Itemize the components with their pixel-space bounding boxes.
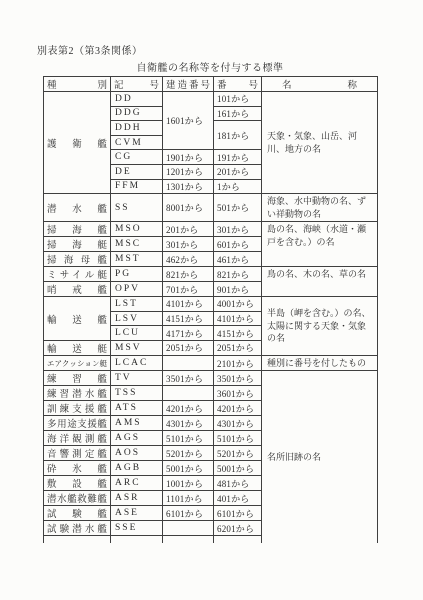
build-number-cell: 462から xyxy=(163,252,214,267)
build-number-cell xyxy=(163,386,214,401)
hull-number-cell: 4101から xyxy=(214,311,262,326)
ship-type-cell: 哨戒艦 xyxy=(44,282,111,297)
ship-type-cell: 掃海艇 xyxy=(44,237,111,252)
name-standard-cell: 海象、水中動物の名、ずい祥動物の名 xyxy=(262,194,378,222)
hull-number-cell: 3501から xyxy=(214,371,262,386)
build-number-cell: 1101から xyxy=(163,491,214,506)
build-number-cell: 1001から xyxy=(163,476,214,491)
build-number-cell: 5201から xyxy=(163,446,214,461)
symbol-cell: DDG xyxy=(111,106,163,121)
build-number-cell: 4201から xyxy=(163,401,214,416)
hull-number-cell: 401から xyxy=(214,491,262,506)
hull-number-cell: 3601から xyxy=(214,386,262,401)
hull-number-cell: 6201から xyxy=(214,521,262,536)
table-row: ミサイル艇 PG 821から 821から 鳥の名、木の名、草の名 xyxy=(44,267,378,282)
build-number-cell: 8001から xyxy=(163,194,214,222)
symbol-cell: AGB xyxy=(111,461,163,476)
build-number-cell xyxy=(163,521,214,536)
symbol-cell: CVM xyxy=(111,135,163,150)
table-header-row: 種別 記号 建造番号 番号 名称 xyxy=(44,77,378,92)
hull-number-cell: 901から xyxy=(214,282,262,297)
name-standard-cell: 鳥の名、木の名、草の名 xyxy=(262,267,378,297)
build-number-cell: 301から xyxy=(163,237,214,252)
symbol-cell: ARC xyxy=(111,476,163,491)
build-number-cell: 5101から xyxy=(163,431,214,446)
ship-type-cell: 試験艦 xyxy=(44,506,111,521)
symbol-cell: LCU xyxy=(111,326,163,341)
ship-type-cell: 砕氷艦 xyxy=(44,461,111,476)
hull-number-cell: 5101から xyxy=(214,431,262,446)
build-number-cell: 6101から xyxy=(163,506,214,521)
table-annotation: 別表第2（第3条関係） xyxy=(37,42,143,57)
ship-type-cell: 練習艦 xyxy=(44,371,111,386)
hull-number-cell: 191から xyxy=(214,150,262,165)
hull-number-cell: 5201から xyxy=(214,446,262,461)
symbol-cell: CG xyxy=(111,150,163,165)
ship-type-cell: 音響測定艦 xyxy=(44,446,111,461)
build-number-cell: 4301から xyxy=(163,416,214,431)
ship-type-cell: 掃海艦 xyxy=(44,222,111,237)
hull-number-cell: 601から xyxy=(214,237,262,252)
table-row: 掃海艦 MSO 201から 301から 島の名、海峡（水道・瀬戸を含む。）の名 xyxy=(44,222,378,237)
hull-number-cell: 481から xyxy=(214,476,262,491)
header-hull-number: 番号 xyxy=(214,77,262,92)
symbol-cell: DE xyxy=(111,164,163,179)
build-number-cell: 3501から xyxy=(163,371,214,386)
symbol-cell: DD xyxy=(111,92,163,107)
build-number-cell: 821から xyxy=(163,267,214,282)
ship-type-cell: 練習潜水艦 xyxy=(44,386,111,401)
hull-number-cell: 201から xyxy=(214,164,262,179)
ship-type-cell: 訓練支援艦 xyxy=(44,401,111,416)
symbol-cell: TSS xyxy=(111,386,163,401)
symbol-cell: LSV xyxy=(111,311,163,326)
hull-number-cell: 4301から xyxy=(214,416,262,431)
build-number-cell: 201から xyxy=(163,222,214,237)
build-number-cell: 1201から xyxy=(163,164,214,179)
symbol-cell: LST xyxy=(111,297,163,312)
ship-type-cell: エアクッション艇 xyxy=(44,355,111,371)
hull-number-cell xyxy=(214,536,262,543)
ship-type-cell: 多用途支援艦 xyxy=(44,416,111,431)
ship-type-cell: 潜水艦救難艦 xyxy=(44,491,111,506)
symbol-cell: AOS xyxy=(111,446,163,461)
name-standard-cell: 種別に番号を付したもの xyxy=(262,355,378,371)
build-number-cell: 1901から xyxy=(163,150,214,165)
ship-type-cell: 護衛艦 xyxy=(44,92,111,194)
build-number-cell: 4151から xyxy=(163,311,214,326)
header-name: 名称 xyxy=(262,77,378,92)
hull-number-cell: 1から xyxy=(214,179,262,194)
table-row: 輸送艦 LST 4101から 4001から 半島（岬を含む。）の名、太陽に関する… xyxy=(44,297,378,312)
symbol-cell: MSV xyxy=(111,340,163,355)
build-number-cell: 1601から xyxy=(163,92,214,150)
hull-number-cell: 6101から xyxy=(214,506,262,521)
hull-number-cell: 461から xyxy=(214,252,262,267)
table-row: 練習艦 TV 3501から 3501から 名所旧跡の名 xyxy=(44,371,378,386)
symbol-cell: SS xyxy=(111,194,163,222)
page-title: 自衛艦の名称等を付与する標準 xyxy=(43,59,377,74)
hull-number-cell: 821から xyxy=(214,267,262,282)
ship-type-cell: 輸送艇 xyxy=(44,340,111,355)
build-number-cell xyxy=(163,536,214,543)
symbol-cell: ATS xyxy=(111,401,163,416)
symbol-cell: FFM xyxy=(111,179,163,194)
symbol-cell: DDH xyxy=(111,121,163,136)
document-page: 別表第2（第3条関係） 自衛艦の名称等を付与する標準 種別 記号 建造番号 番号… xyxy=(0,0,423,600)
name-standard-cell: 半島（岬を含む。）の名、太陽に関する天象・気象の名 xyxy=(262,297,378,356)
hull-number-cell: 501から xyxy=(214,194,262,222)
symbol-cell: PG xyxy=(111,267,163,282)
header-ship-type: 種別 xyxy=(44,77,111,92)
table-row: 潜水艦 SS 8001から 501から 海象、水中動物の名、ずい祥動物の名 xyxy=(44,194,378,222)
ship-type-cell: 輸送艦 xyxy=(44,297,111,341)
hull-number-cell: 301から xyxy=(214,222,262,237)
hull-number-cell: 101から xyxy=(214,92,262,107)
table-row: エアクッション艇 LCAC 2101から 種別に番号を付したもの xyxy=(44,355,378,371)
build-number-cell: 701から xyxy=(163,282,214,297)
hull-number-cell: 2051から xyxy=(214,340,262,355)
hull-number-cell: 2101から xyxy=(214,355,262,371)
ship-type-cell: 掃海母艦 xyxy=(44,252,111,267)
name-standard-cell: 天象・気象、山岳、河川、地方の名 xyxy=(262,92,378,194)
symbol-cell: MSO xyxy=(111,222,163,237)
header-symbol: 記号 xyxy=(111,77,163,92)
build-number-cell: 2051から xyxy=(163,340,214,355)
symbol-cell: MSC xyxy=(111,237,163,252)
build-number-cell: 4101から xyxy=(163,297,214,312)
symbol-cell: TV xyxy=(111,371,163,386)
vessel-naming-table: 種別 記号 建造番号 番号 名称 護衛艦 DD 1601から 101から 天象・… xyxy=(43,76,378,543)
hull-number-cell: 4201から xyxy=(214,401,262,416)
ship-type-cell: 潜水艦 xyxy=(44,194,111,222)
build-number-cell: 1301から xyxy=(163,179,214,194)
build-number-cell: 4171から xyxy=(163,326,214,341)
ship-type-cell: 試験潜水艦 xyxy=(44,521,111,536)
symbol-cell: ASE xyxy=(111,506,163,521)
header-build-number: 建造番号 xyxy=(163,77,214,92)
symbol-cell: MST xyxy=(111,252,163,267)
symbol-cell: LCAC xyxy=(111,355,163,371)
table-row: 護衛艦 DD 1601から 101から 天象・気象、山岳、河川、地方の名 xyxy=(44,92,378,107)
symbol-cell: OPV xyxy=(111,282,163,297)
name-standard-cell: 島の名、海峡（水道・瀬戸を含む。）の名 xyxy=(262,222,378,267)
hull-number-cell: 4151から xyxy=(214,326,262,341)
hull-number-cell: 181から xyxy=(214,121,262,150)
symbol-cell: AGS xyxy=(111,431,163,446)
ship-type-cell xyxy=(44,536,111,543)
build-number-cell xyxy=(163,355,214,371)
hull-number-cell: 4001から xyxy=(214,297,262,312)
symbol-cell: SSE xyxy=(111,521,163,536)
hull-number-cell: 161から xyxy=(214,106,262,121)
hull-number-cell: 5001から xyxy=(214,461,262,476)
symbol-cell xyxy=(111,536,163,543)
name-standard-cell: 名所旧跡の名 xyxy=(262,371,378,543)
ship-type-cell: 敷設艦 xyxy=(44,476,111,491)
ship-type-cell: 海洋観測艦 xyxy=(44,431,111,446)
ship-type-cell: ミサイル艇 xyxy=(44,267,111,282)
build-number-cell: 5001から xyxy=(163,461,214,476)
symbol-cell: AMS xyxy=(111,416,163,431)
symbol-cell: ASR xyxy=(111,491,163,506)
